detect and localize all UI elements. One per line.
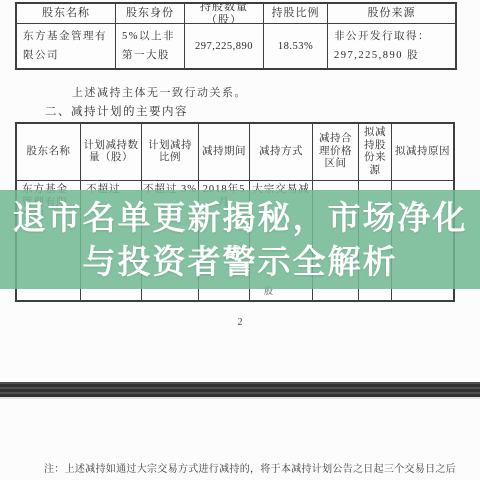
- table2-header-reduction-reason: 拟减持原因: [392, 124, 453, 181]
- section-heading: 二、减持计划的主要内容: [45, 103, 188, 119]
- page-number: 2: [0, 317, 480, 328]
- table2-header-planned-quantity: 计划减持数量（股）: [81, 124, 142, 181]
- footnote-text: 注：上述减持如通过大宗交易方式进行减持的，将于本减持计划公告之日起三个交易日之后: [44, 460, 464, 475]
- table1-cell-shareholder-identity: 5%以上非第一大股东: [116, 24, 185, 68]
- table1-header-share-source: 股份来源: [328, 4, 455, 24]
- table2-header-planned-ratio: 计划减持比例: [142, 124, 199, 181]
- table2-header-shareholder-name: 股东名称: [17, 124, 81, 181]
- banner-line-1: 退市名单更新揭秘，市场净化: [13, 199, 468, 237]
- table1-header-holding-ratio: 持股比例: [264, 4, 328, 24]
- table2-header-share-source: 拟减持股份来源: [359, 124, 392, 181]
- table1-header-shareholder-identity: 股东身份: [116, 4, 185, 24]
- table1-cell-shareholder-name: 东方基金管理有限公司: [17, 24, 116, 68]
- table1-header-shares-held: 持股数量（股）: [185, 4, 264, 24]
- table1-cell-shares-held: 297,225,890: [185, 24, 264, 68]
- shareholding-table: 股东名称 股东身份 持股数量（股） 持股比例 股份来源 东方基金管理有限公司 5…: [15, 2, 457, 70]
- table2-header-price-range: 减持合理价格区间: [313, 124, 359, 181]
- document-page: 股东名称 股东身份 持股数量（股） 持股比例 股份来源 东方基金管理有限公司 5…: [0, 0, 480, 480]
- table1-cell-holding-ratio: 18.53%: [264, 24, 328, 68]
- table2-header-reduction-period: 减持期间: [199, 124, 250, 181]
- table2-header-reduction-method: 减持方式: [250, 124, 313, 181]
- banner-line-2: 与投资者警示全解析: [83, 243, 398, 281]
- page-divider-bar: [0, 382, 480, 397]
- no-concert-party-statement: 上述减持主体无一致行动关系。: [72, 84, 247, 100]
- table1-header-shareholder-name: 股东名称: [17, 4, 116, 24]
- promo-banner-overlay: 退市名单更新揭秘，市场净化 与投资者警示全解析: [0, 190, 480, 289]
- table1-cell-share-source: 非公开发行取得：297,225,890 股: [328, 24, 455, 68]
